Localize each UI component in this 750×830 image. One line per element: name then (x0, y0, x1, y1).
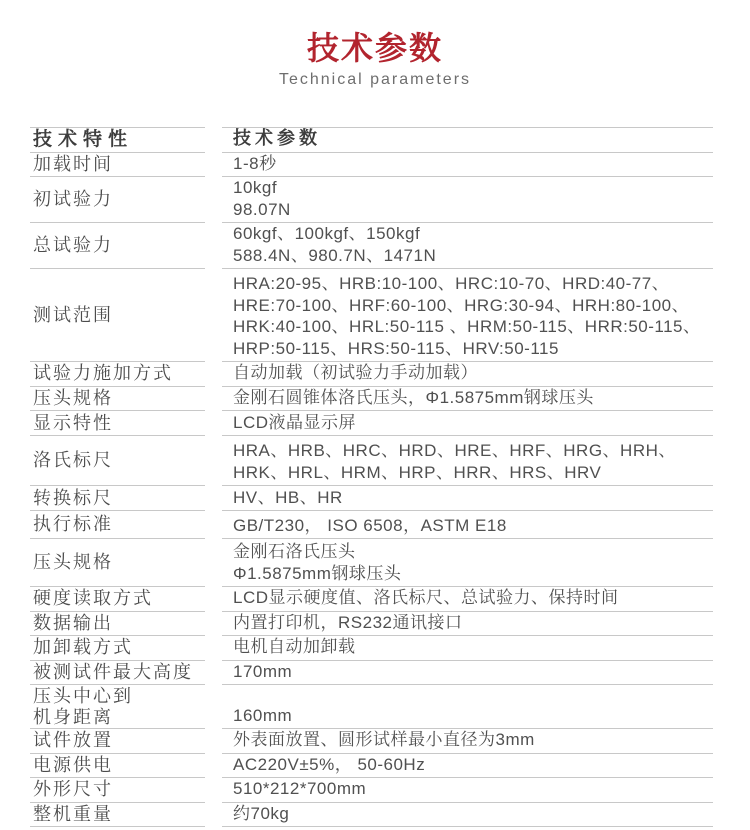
column-header-features: 技术特性 (30, 127, 205, 153)
row-value: AC220V±5%， 50-60Hz (222, 754, 713, 779)
row-label: 测试范围 (30, 269, 205, 362)
page: 技术参数 Technical parameters 技术特性 技术参数 加载时间… (0, 0, 750, 830)
row-label: 外形尺寸 (30, 778, 205, 803)
row-value: 电机自动加卸载 (222, 636, 713, 661)
row-label: 整机重量 (30, 803, 205, 828)
table-row: 显示特性 LCD液晶显示屏 (30, 411, 713, 436)
table-row: 测试范围 HRA:20-95、HRB:10-100、HRC:10-70、HRD:… (30, 269, 713, 362)
row-value: 60kgf、100kgf、150kgf 588.4N、980.7N、1471N (222, 223, 713, 269)
table-row: 压头规格 金刚石洛氏压头 Φ1.5875mm钢球压头 (30, 539, 713, 587)
row-value: 约70kg (222, 803, 713, 828)
column-header-params: 技术参数 (222, 127, 713, 153)
table-row: 压头规格 金刚石圆锥体洛氏压头，Φ1.5875mm钢球压头 (30, 387, 713, 412)
page-subtitle: Technical parameters (0, 70, 750, 90)
row-label: 数据输出 (30, 612, 205, 637)
table-row: 总试验力 60kgf、100kgf、150kgf 588.4N、980.7N、1… (30, 223, 713, 269)
row-label: 试件放置 (30, 729, 205, 754)
table-row: 加卸载方式 电机自动加卸载 (30, 636, 713, 661)
table-row: 外形尺寸 510*212*700mm (30, 778, 713, 803)
row-label: 加卸载方式 (30, 636, 205, 661)
table-header-row: 技术特性 技术参数 (30, 127, 713, 153)
row-label: 加载时间 (30, 153, 205, 178)
row-value: HRA:20-95、HRB:10-100、HRC:10-70、HRD:40-77… (222, 269, 713, 362)
row-value: 10kgf 98.07N (222, 177, 713, 223)
row-value: 170mm (222, 661, 713, 686)
row-value: HRA、HRB、HRC、HRD、HRE、HRF、HRG、HRH、 HRK、HRL… (222, 436, 713, 486)
table-row: 加载时间 1-8秒 (30, 153, 713, 178)
row-label: 硬度读取方式 (30, 587, 205, 612)
row-label: 压头规格 (30, 387, 205, 412)
table-row: 执行标准 GB/T230， ISO 6508，ASTM E18 (30, 511, 713, 539)
table-row: 数据输出 内置打印机，RS232通讯接口 (30, 612, 713, 637)
row-value: 自动加载（初试验力手动加载） (222, 362, 713, 387)
row-value: GB/T230， ISO 6508，ASTM E18 (222, 511, 713, 539)
table-row: 试验力施加方式 自动加载（初试验力手动加载） (30, 362, 713, 387)
row-value: 金刚石洛氏压头 Φ1.5875mm钢球压头 (222, 539, 713, 587)
table-row: 洛氏标尺 HRA、HRB、HRC、HRD、HRE、HRF、HRG、HRH、 HR… (30, 436, 713, 486)
row-label: 电源供电 (30, 754, 205, 779)
row-value: 510*212*700mm (222, 778, 713, 803)
row-label: 初试验力 (30, 177, 205, 223)
row-label: 压头规格 (30, 539, 205, 587)
row-label: 压头中心到 机身距离 (30, 685, 205, 729)
spec-table: 技术特性 技术参数 加载时间 1-8秒 初试验力 10kgf 98.07N 总试… (30, 127, 713, 827)
table-row: 整机重量 约70kg (30, 803, 713, 828)
row-label: 洛氏标尺 (30, 436, 205, 486)
row-value: LCD液晶显示屏 (222, 411, 713, 436)
table-row: 电源供电 AC220V±5%， 50-60Hz (30, 754, 713, 779)
row-label: 总试验力 (30, 223, 205, 269)
row-label: 显示特性 (30, 411, 205, 436)
row-label: 被测试件最大高度 (30, 661, 205, 686)
row-value: 金刚石圆锥体洛氏压头，Φ1.5875mm钢球压头 (222, 387, 713, 412)
table-row: 试件放置 外表面放置、圆形试样最小直径为3mm (30, 729, 713, 754)
row-label: 执行标准 (30, 511, 205, 539)
row-value: LCD显示硬度值、洛氏标尺、总试验力、保持时间 (222, 587, 713, 612)
row-value: 内置打印机，RS232通讯接口 (222, 612, 713, 637)
row-value: 外表面放置、圆形试样最小直径为3mm (222, 729, 713, 754)
row-label: 转换标尺 (30, 486, 205, 511)
table-row: 初试验力 10kgf 98.07N (30, 177, 713, 223)
table-row: 压头中心到 机身距离 160mm (30, 685, 713, 729)
row-value: HV、HB、HR (222, 486, 713, 511)
row-value: 160mm (222, 685, 713, 729)
row-value: 1-8秒 (222, 153, 713, 178)
table-row: 硬度读取方式 LCD显示硬度值、洛氏标尺、总试验力、保持时间 (30, 587, 713, 612)
table-row: 被测试件最大高度 170mm (30, 661, 713, 686)
page-title: 技术参数 (0, 30, 750, 66)
row-label: 试验力施加方式 (30, 362, 205, 387)
table-row: 转换标尺 HV、HB、HR (30, 486, 713, 511)
